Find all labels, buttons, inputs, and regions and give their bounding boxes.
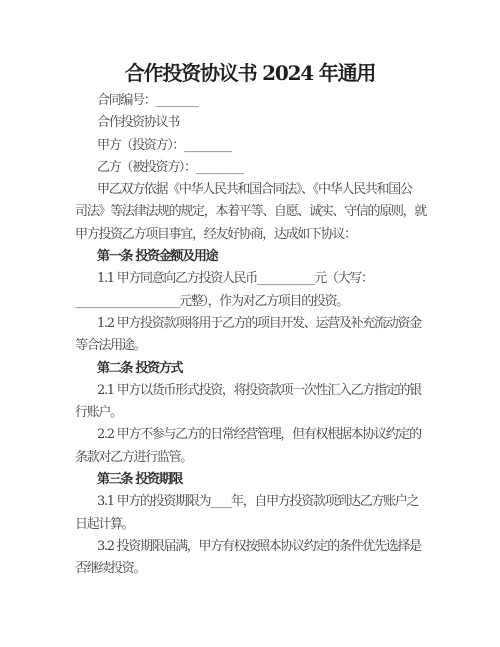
clause-1-2: 1.2 甲方投资款项将用于乙方的项目开发、运营及补充流动资金 等合法用途。 [75,313,445,358]
article-3-heading: 第三条 投资期限 [75,469,445,491]
doc-subtitle: 合作投资协议书 [75,112,445,134]
clause-2-1: 2.1 甲方以货币形式投资，将投资款项一次性汇入乙方指定的银 行账户。 [75,380,445,425]
document-page: { "page": { "background": "#ffffff", "te… [0,0,500,647]
party-a-field: 甲方（投资方）：_________ [75,135,445,157]
article-2-heading: 第二条 投资方式 [75,358,445,380]
clause-3-2: 3.2 投资期限届满，甲方有权按照本协议约定的条件优先选择是 否继续投资。 [75,536,445,581]
party-b-field: 乙方（被投资方）：_________ [75,157,445,179]
clause-3-1: 3.1 甲方的投资期限为____年，自甲方投资款项到达乙方账户之 日起计算。 [75,491,445,536]
doc-title: 合作投资协议书 2024 年通用 [0,57,500,86]
clause-1-1: 1.1 甲方同意向乙方投资人民币___________元（大写： _______… [75,268,445,313]
doc-body: 合同编号：________ 合作投资协议书 甲方（投资方）：_________ … [75,90,445,581]
contract-number-field: 合同编号：________ [75,90,445,112]
preamble: 甲乙双方依据《中华人民共和国合同法》、《中华人民共和国公 司法》等法律法规的规定… [75,179,445,246]
article-1-heading: 第一条 投资金额及用途 [75,246,445,268]
clause-2-2: 2.2 甲方不参与乙方的日常经营管理，但有权根据本协议约定的 条款对乙方进行监管… [75,424,445,469]
